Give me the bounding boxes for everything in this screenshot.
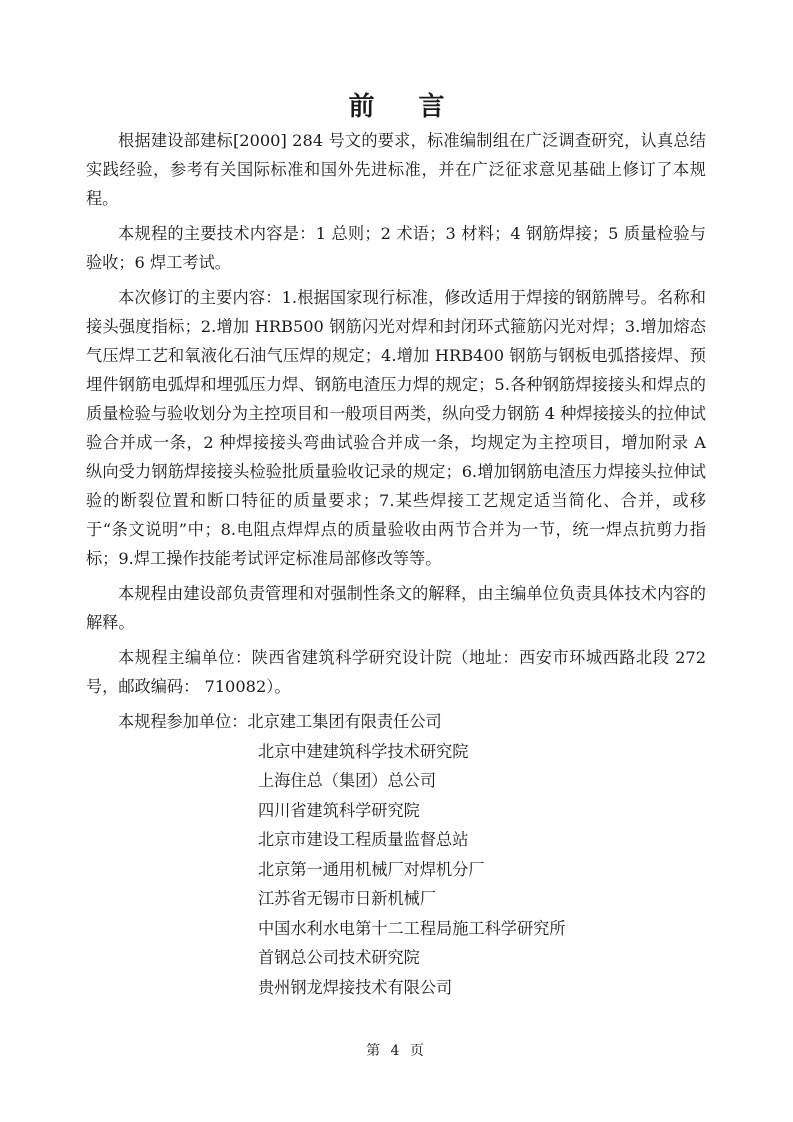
page-title: 前言	[0, 86, 793, 123]
participating-org: 四川省建筑科学研究院	[86, 796, 706, 826]
paragraph-main-contents: 本规程的主要技术内容是：1 总则；2 术语；3 材料；4 钢筋焊接；5 质量检验…	[86, 219, 706, 277]
participating-org: 中国水利水电第十二工程局施工科学研究所	[86, 914, 706, 944]
title-char-1: 前	[348, 86, 374, 123]
participating-org: 江苏省无锡市日新机械厂	[86, 884, 706, 914]
paragraph-revision-contents: 本次修订的主要内容：1.根据国家现行标准，修改适用于焊接的钢筋牌号。名称和接头强…	[86, 283, 706, 573]
participating-units-first-line: 本规程参加单位：北京建工集团有限责任公司	[86, 707, 706, 737]
participating-org: 北京建工集团有限责任公司	[248, 712, 442, 731]
participating-units-label: 本规程参加单位：	[118, 712, 248, 731]
participating-org: 上海住总（集团）总公司	[86, 766, 706, 796]
document-page: 前言 根据建设部建标[2000] 284 号文的要求，标准编制组在广泛调查研究，…	[0, 0, 793, 1122]
paragraph-basis: 根据建设部建标[2000] 284 号文的要求，标准编制组在广泛调查研究，认真总…	[86, 126, 706, 213]
page-number: 第 4 页	[0, 1040, 793, 1060]
title-char-2: 言	[419, 86, 445, 123]
paragraph-chief-editor: 本规程主编单位：陕西省建筑科学研究设计院（地址：西安市环城西路北段 272 号，…	[86, 643, 706, 701]
participating-org: 贵州钢龙焊接技术有限公司	[86, 973, 706, 1003]
participating-org: 首钢总公司技术研究院	[86, 943, 706, 973]
document-body: 根据建设部建标[2000] 284 号文的要求，标准编制组在广泛调查研究，认真总…	[86, 126, 706, 1002]
participating-org: 北京中建建筑科学技术研究院	[86, 737, 706, 767]
participating-org: 北京市建设工程质量监督总站	[86, 825, 706, 855]
participating-org: 北京第一通用机械厂对焊机分厂	[86, 855, 706, 885]
participating-units: 本规程参加单位：北京建工集团有限责任公司 北京中建建筑科学技术研究院 上海住总（…	[86, 707, 706, 1002]
paragraph-management: 本规程由建设部负责管理和对强制性条文的解释，由主编单位负责具体技术内容的解释。	[86, 579, 706, 637]
